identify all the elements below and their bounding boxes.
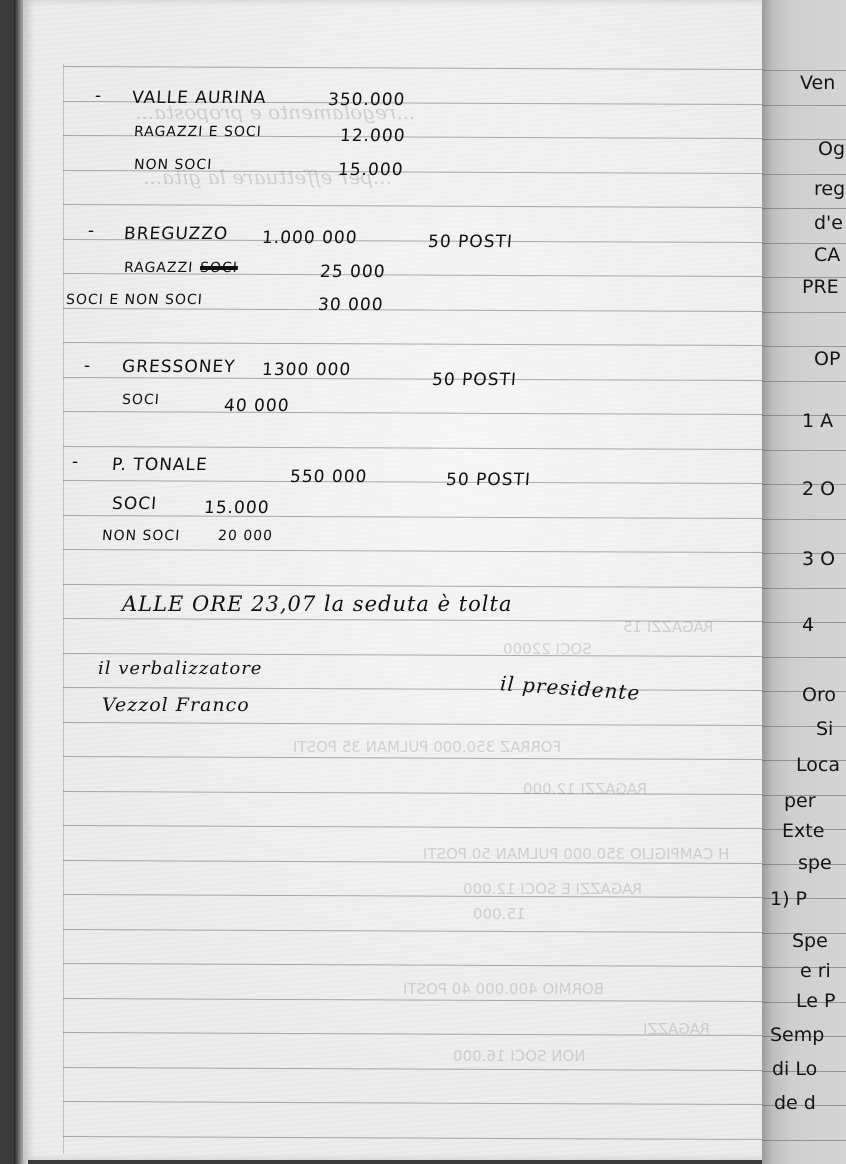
rate-label: RAGAZZI [123, 260, 193, 276]
ruled-line [63, 894, 783, 898]
right-page-fragment: e ri [800, 960, 831, 982]
ruled-line [762, 70, 846, 71]
meeting-closing-line: ALLE ORE 23,07 la seduta è tolta [122, 592, 512, 616]
secretary-signature: Vezzol Franco [102, 694, 250, 716]
ruled-line [63, 515, 783, 519]
entry-bullet: - [94, 86, 103, 106]
ruled-line [762, 657, 846, 658]
rate-label: SOCI [121, 392, 160, 408]
rate-label: RAGAZZI E SOCI [133, 124, 262, 140]
right-page-fragment: 3 O [802, 548, 835, 570]
rate-value: 30 000 [317, 295, 384, 315]
ruled-line [63, 411, 783, 415]
right-page-fragment: 1) P [770, 888, 807, 910]
ruled-line [762, 450, 846, 451]
bleed-through-text: RAGAZZI 15 [623, 618, 714, 636]
ruled-line [762, 519, 846, 520]
bleed-through-text: BORMIO 400.000 40 POSTI [403, 980, 604, 998]
right-page-fragment: Loca [796, 754, 840, 776]
ruled-line [63, 308, 783, 312]
seat-count: 50 POSTI [445, 470, 531, 490]
ruled-line [762, 208, 846, 209]
place-price: 550 000 [289, 467, 368, 487]
ruled-line [63, 377, 783, 381]
rate-label: NON SOCI [133, 157, 212, 173]
ruled-line [63, 342, 783, 346]
struck-out-word: SOCI [199, 260, 238, 276]
right-page-fragment: 4 [802, 614, 814, 636]
right-page-fragment: 1 A [802, 410, 833, 432]
right-page-fragment: Ven [800, 72, 835, 94]
right-page-fragment: CA [814, 244, 840, 266]
ruled-line [63, 998, 783, 1002]
right-page-fragment: Semp [770, 1024, 824, 1046]
place-name: BREGUZZO [123, 224, 229, 244]
ruled-line [63, 66, 783, 70]
right-page-fragment: Oro [802, 684, 836, 706]
ruled-line [63, 929, 783, 933]
ruled-line [762, 726, 846, 727]
ruled-line [63, 653, 783, 657]
bleed-through-text: RAGAZZI 12.000 [523, 780, 647, 798]
right-page-fragment: spe [798, 852, 832, 874]
ruled-line [63, 825, 783, 829]
rate-label: SOCI E NON SOCI [65, 292, 203, 308]
ruled-line [63, 756, 783, 760]
ruled-line [63, 584, 783, 588]
place-name: VALLE AURINA [131, 88, 267, 108]
entry-bullet: - [71, 452, 80, 472]
bleed-through-text: RAGAZZI [643, 1020, 710, 1038]
secretary-title: il verbalizzatore [98, 658, 262, 679]
right-page-fragment: di Lo [772, 1058, 817, 1080]
ruled-line [63, 687, 783, 691]
ruled-line [762, 312, 846, 313]
right-page-fragment: Og [818, 138, 845, 160]
ruled-line [762, 588, 846, 589]
right-page-fragment: Si [816, 718, 833, 740]
bleed-through-text: 15.000 [473, 905, 526, 923]
ruled-line [762, 105, 846, 106]
rate-value: 15.000 [337, 160, 404, 180]
right-page-fragment: OP [814, 348, 840, 370]
seat-count: 50 POSTI [431, 370, 517, 390]
rate-value: 25 000 [319, 262, 386, 282]
entry-bullet: - [83, 356, 92, 376]
right-notebook-page: VenOgregd'eCAPREOP1 A2 O3 O4OroSiLocaper… [762, 0, 846, 1164]
rate-label: NON SOCI [101, 528, 180, 544]
ruled-line [63, 1136, 783, 1140]
rate-value: 12.000 [339, 126, 406, 146]
bleed-through-text: NON SOCI 16.000 [453, 1047, 586, 1065]
bleed-through-text: SOCI 22000 [503, 640, 592, 658]
place-price: 350.000 [327, 90, 406, 110]
bleed-through-text: H CAMPIGLIO 350.000 PULMAN 50 POSTI [423, 845, 729, 863]
bleed-through-text: FORRAZ 350.000 PULMAN 35 POSTI [293, 738, 561, 756]
ruled-line [63, 791, 783, 795]
ruled-line [63, 1067, 783, 1071]
ruled-line [63, 480, 783, 484]
rate-value: 40 000 [223, 396, 290, 416]
place-name: P. TONALE [111, 455, 208, 475]
rate-value: 20 000 [217, 528, 273, 544]
ruled-line [63, 549, 783, 553]
ruled-line [63, 722, 783, 726]
right-page-fragment: reg [814, 178, 845, 200]
seat-count: 50 POSTI [427, 232, 513, 252]
ruled-line [762, 381, 846, 382]
page-margin-line [63, 64, 64, 1154]
ruled-line [63, 204, 783, 208]
bleed-through-text: RAGAZZI E SOCI 12.000 [463, 880, 642, 898]
right-page-fragment: Spe [792, 930, 828, 952]
place-price: 1300 000 [261, 360, 352, 380]
ruled-line [762, 1140, 846, 1141]
ruled-line [762, 346, 846, 347]
right-page-fragment: Le P [796, 990, 835, 1012]
right-page-fragment: per [784, 790, 816, 812]
right-page-fragment: d'e [814, 212, 843, 234]
right-page-fragment: 2 O [802, 478, 835, 500]
right-page-fragment: de d [774, 1092, 816, 1114]
rate-value: 15.000 [203, 498, 270, 518]
ruled-line [762, 174, 846, 175]
ruled-line [63, 1101, 783, 1105]
rate-label: SOCI [111, 494, 157, 514]
ruled-line [63, 963, 783, 967]
place-name: GRESSONEY [121, 357, 236, 377]
place-price: 1.000 000 [261, 228, 358, 248]
right-page-fragment: PRE [802, 276, 839, 298]
entry-bullet: - [87, 221, 96, 241]
right-page-fragment: Exte [782, 820, 824, 842]
ruled-line [63, 446, 783, 450]
